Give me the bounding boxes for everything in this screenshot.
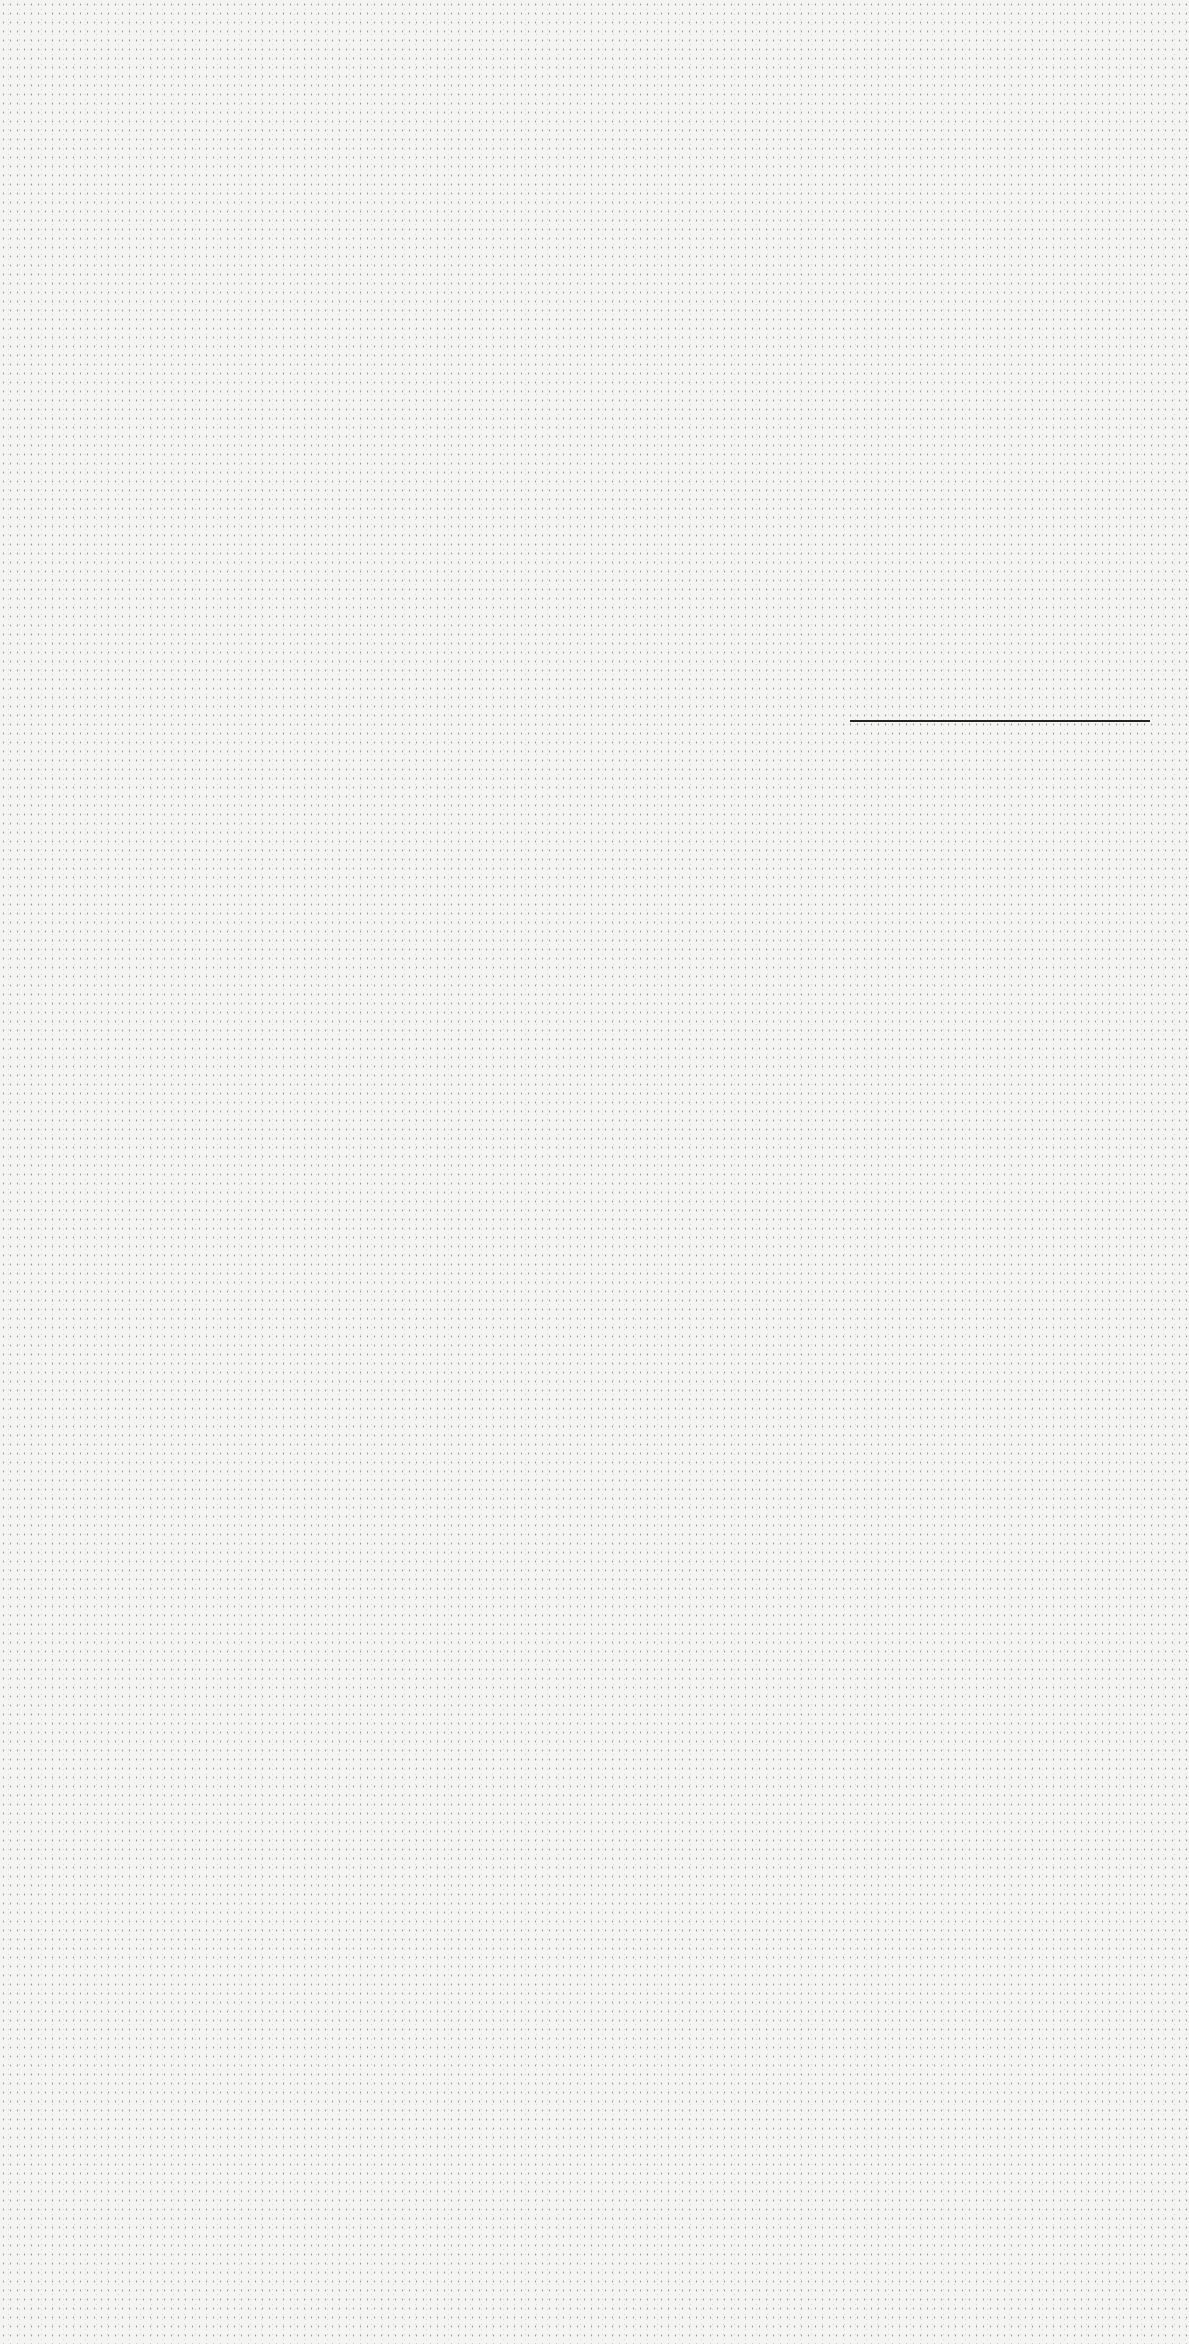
fill-line [850, 720, 1150, 722]
marriage-record-page [0, 0, 1189, 2344]
